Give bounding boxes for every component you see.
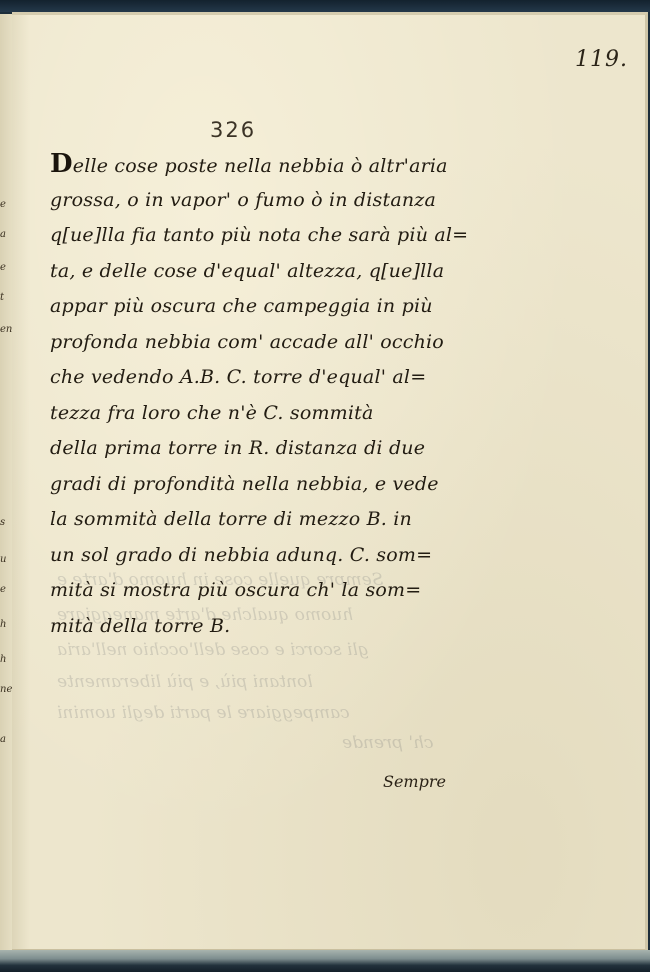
folio-number: 119. <box>575 47 628 72</box>
text-line: ta, e delle cose d'equal' altezza, q[ue]… <box>50 254 470 290</box>
bleed-through-text: lontani più, e più liberamente <box>57 672 313 692</box>
previous-page-fragment: a <box>0 229 6 240</box>
decorated-initial: D <box>50 149 73 179</box>
text-line: Delle cose poste nella nebbia ò altr'ari… <box>50 147 470 183</box>
bleed-through-text: campeggiare le parti degli uomini <box>57 703 350 723</box>
text-line: mità della torre B. <box>50 609 470 645</box>
previous-page-fragment: s <box>0 517 5 528</box>
text-line: della prima torre in R. distanza di due <box>50 431 470 467</box>
text-line: grossa, o in vapor' o fumo ò in distanza <box>50 183 470 219</box>
previous-page-fragment: en <box>0 324 12 335</box>
text-line: appar più oscura che campeggia in più <box>50 289 470 325</box>
previous-page-fragment: e <box>0 262 6 273</box>
previous-page-fragment: e <box>0 199 6 210</box>
text-line: mità si mostra più oscura ch' la som= <box>50 573 470 609</box>
manuscript-text: Delle cose poste nella nebbia ò altr'ari… <box>50 147 470 644</box>
scan-background-top <box>0 0 650 12</box>
text-line: tezza fra loro che n'è C. sommità <box>50 396 470 432</box>
text-line: la sommità della torre di mezzo B. in <box>50 502 470 538</box>
text-line: profonda nebbia com' accade all' occhio <box>50 325 470 361</box>
text-line: che vedendo A.B. C. torre d'equal' al= <box>50 360 470 396</box>
previous-page-fragment: t <box>0 292 4 303</box>
previous-page-fragment: h <box>0 619 6 630</box>
manuscript-page: Sempre quelle cose in huomo d'arte e huo… <box>12 12 648 952</box>
text-line: gradi di profondità nella nebbia, e vede <box>50 467 470 503</box>
manuscript-scan: e a e t en s u e h h ne a Sempre quelle … <box>0 0 650 972</box>
previous-page-fragment: u <box>0 554 6 565</box>
catalog-number: 326 <box>210 118 256 142</box>
previous-page-fragment: h <box>0 654 6 665</box>
previous-page-fragment: ne <box>0 684 12 695</box>
catchword: Sempre <box>383 772 446 791</box>
bleed-through-text: ch' prende <box>342 733 434 753</box>
scan-background-bottom <box>0 950 650 972</box>
text-line: un sol grado di nebbia adunq. C. som= <box>50 538 470 574</box>
previous-page-fragment: a <box>0 734 6 745</box>
previous-page-fragment: e <box>0 584 6 595</box>
text-line: q[ue]lla fia tanto più nota che sarà più… <box>50 218 470 254</box>
